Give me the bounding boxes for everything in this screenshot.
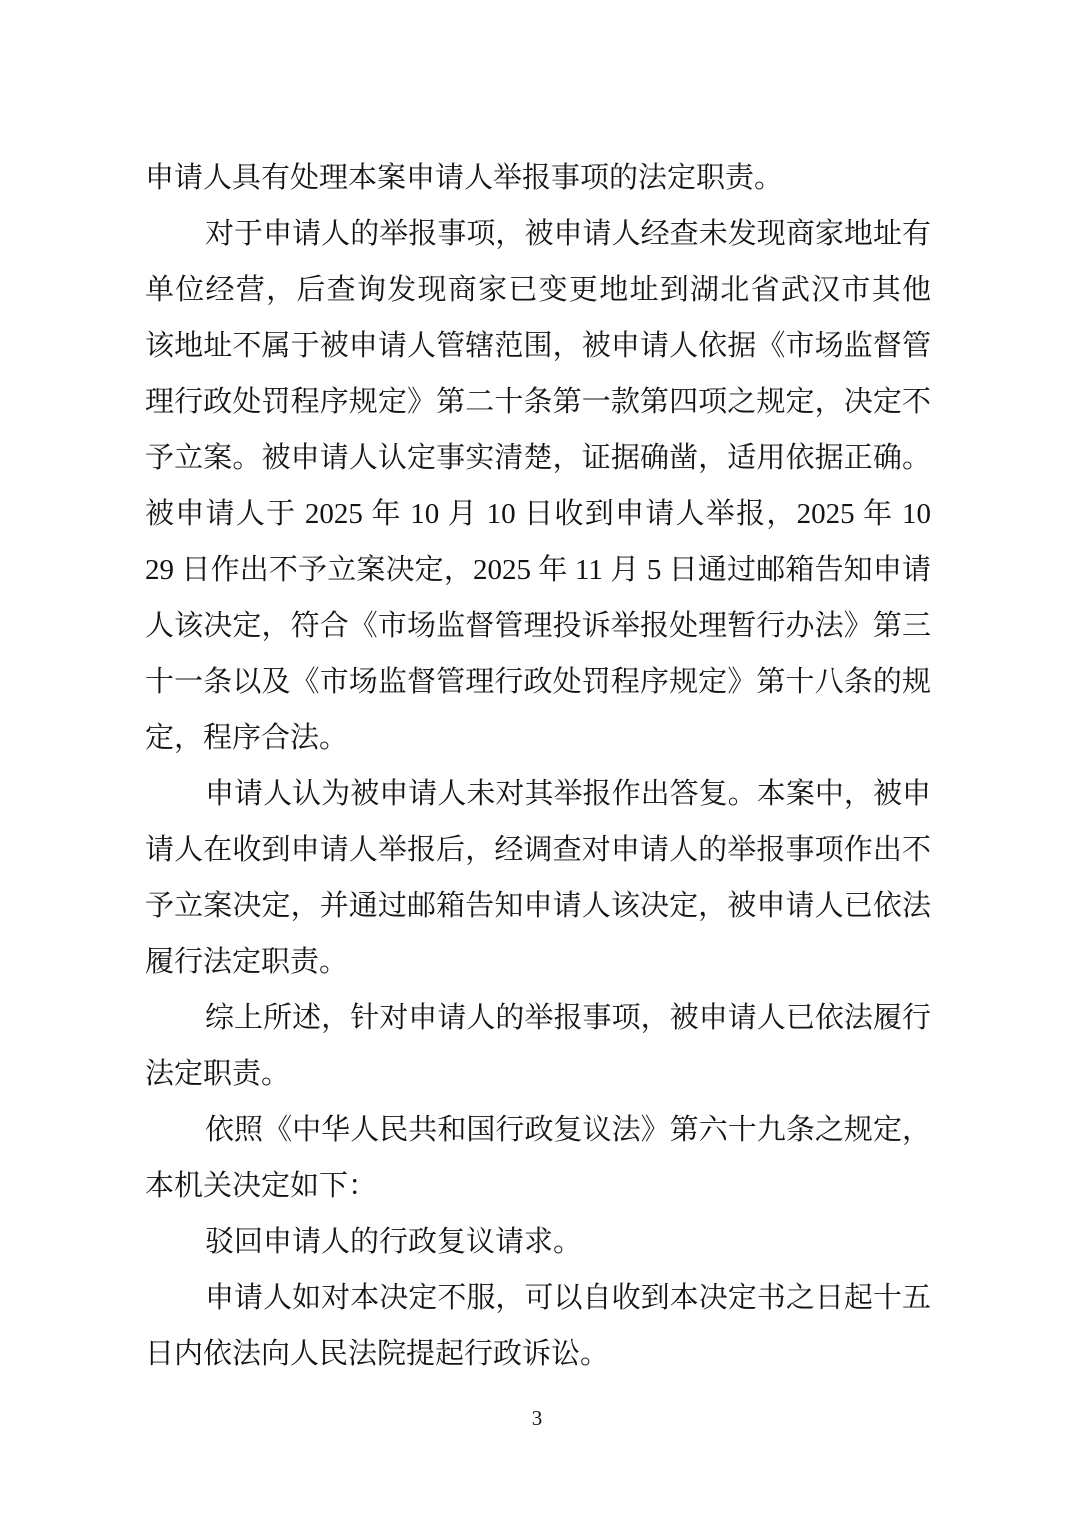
document-line: 申请人认为被申请人未对其举报作出答复。本案中，被申 (145, 766, 931, 822)
document-line: 日内依法向人民法院提起行政诉讼。 (145, 1326, 931, 1382)
page-number: 3 (0, 1403, 1074, 1433)
document-line: 对于申请人的举报事项，被申请人经查未发现商家地址有 (145, 206, 931, 262)
document-line: 理行政处罚程序规定》第二十条第一款第四项之规定，决定不 (145, 374, 931, 430)
document-body-text: 申请人具有处理本案申请人举报事项的法定职责。 对于申请人的举报事项，被申请人经查… (145, 150, 931, 1382)
document-line: 被申请人于 2025 年 10 月 10 日收到申请人举报，2025 年 10 … (145, 486, 931, 542)
document-line: 29 日作出不予立案决定，2025 年 11 月 5 日通过邮箱告知申请 (145, 542, 931, 598)
document-line: 驳回申请人的行政复议请求。 (145, 1214, 931, 1270)
document-line: 十一条以及《市场监督管理行政处罚程序规定》第十八条的规 (145, 654, 931, 710)
document-page: 申请人具有处理本案申请人举报事项的法定职责。 对于申请人的举报事项，被申请人经查… (0, 0, 1074, 1520)
document-line: 予立案。被申请人认定事实清楚，证据确凿，适用依据正确。 (145, 430, 931, 486)
document-line: 本机关决定如下： (145, 1158, 931, 1214)
document-line: 该地址不属于被申请人管辖范围，被申请人依据《市场监督管 (145, 318, 931, 374)
document-line: 申请人具有处理本案申请人举报事项的法定职责。 (145, 150, 931, 206)
document-line: 单位经营，后查询发现商家已变更地址到湖北省武汉市其他区， (145, 262, 931, 318)
document-line: 依照《中华人民共和国行政复议法》第六十九条之规定， (145, 1102, 931, 1158)
document-line: 定，程序合法。 (145, 710, 931, 766)
document-line: 请人在收到申请人举报后，经调查对申请人的举报事项作出不 (145, 822, 931, 878)
document-line: 人该决定，符合《市场监督管理投诉举报处理暂行办法》第三 (145, 598, 931, 654)
document-line: 综上所述，针对申请人的举报事项，被申请人已依法履行 (145, 990, 931, 1046)
document-line: 履行法定职责。 (145, 934, 931, 990)
document-line: 法定职责。 (145, 1046, 931, 1102)
document-line: 申请人如对本决定不服，可以自收到本决定书之日起十五 (145, 1270, 931, 1326)
document-line: 予立案决定，并通过邮箱告知申请人该决定，被申请人已依法 (145, 878, 931, 934)
